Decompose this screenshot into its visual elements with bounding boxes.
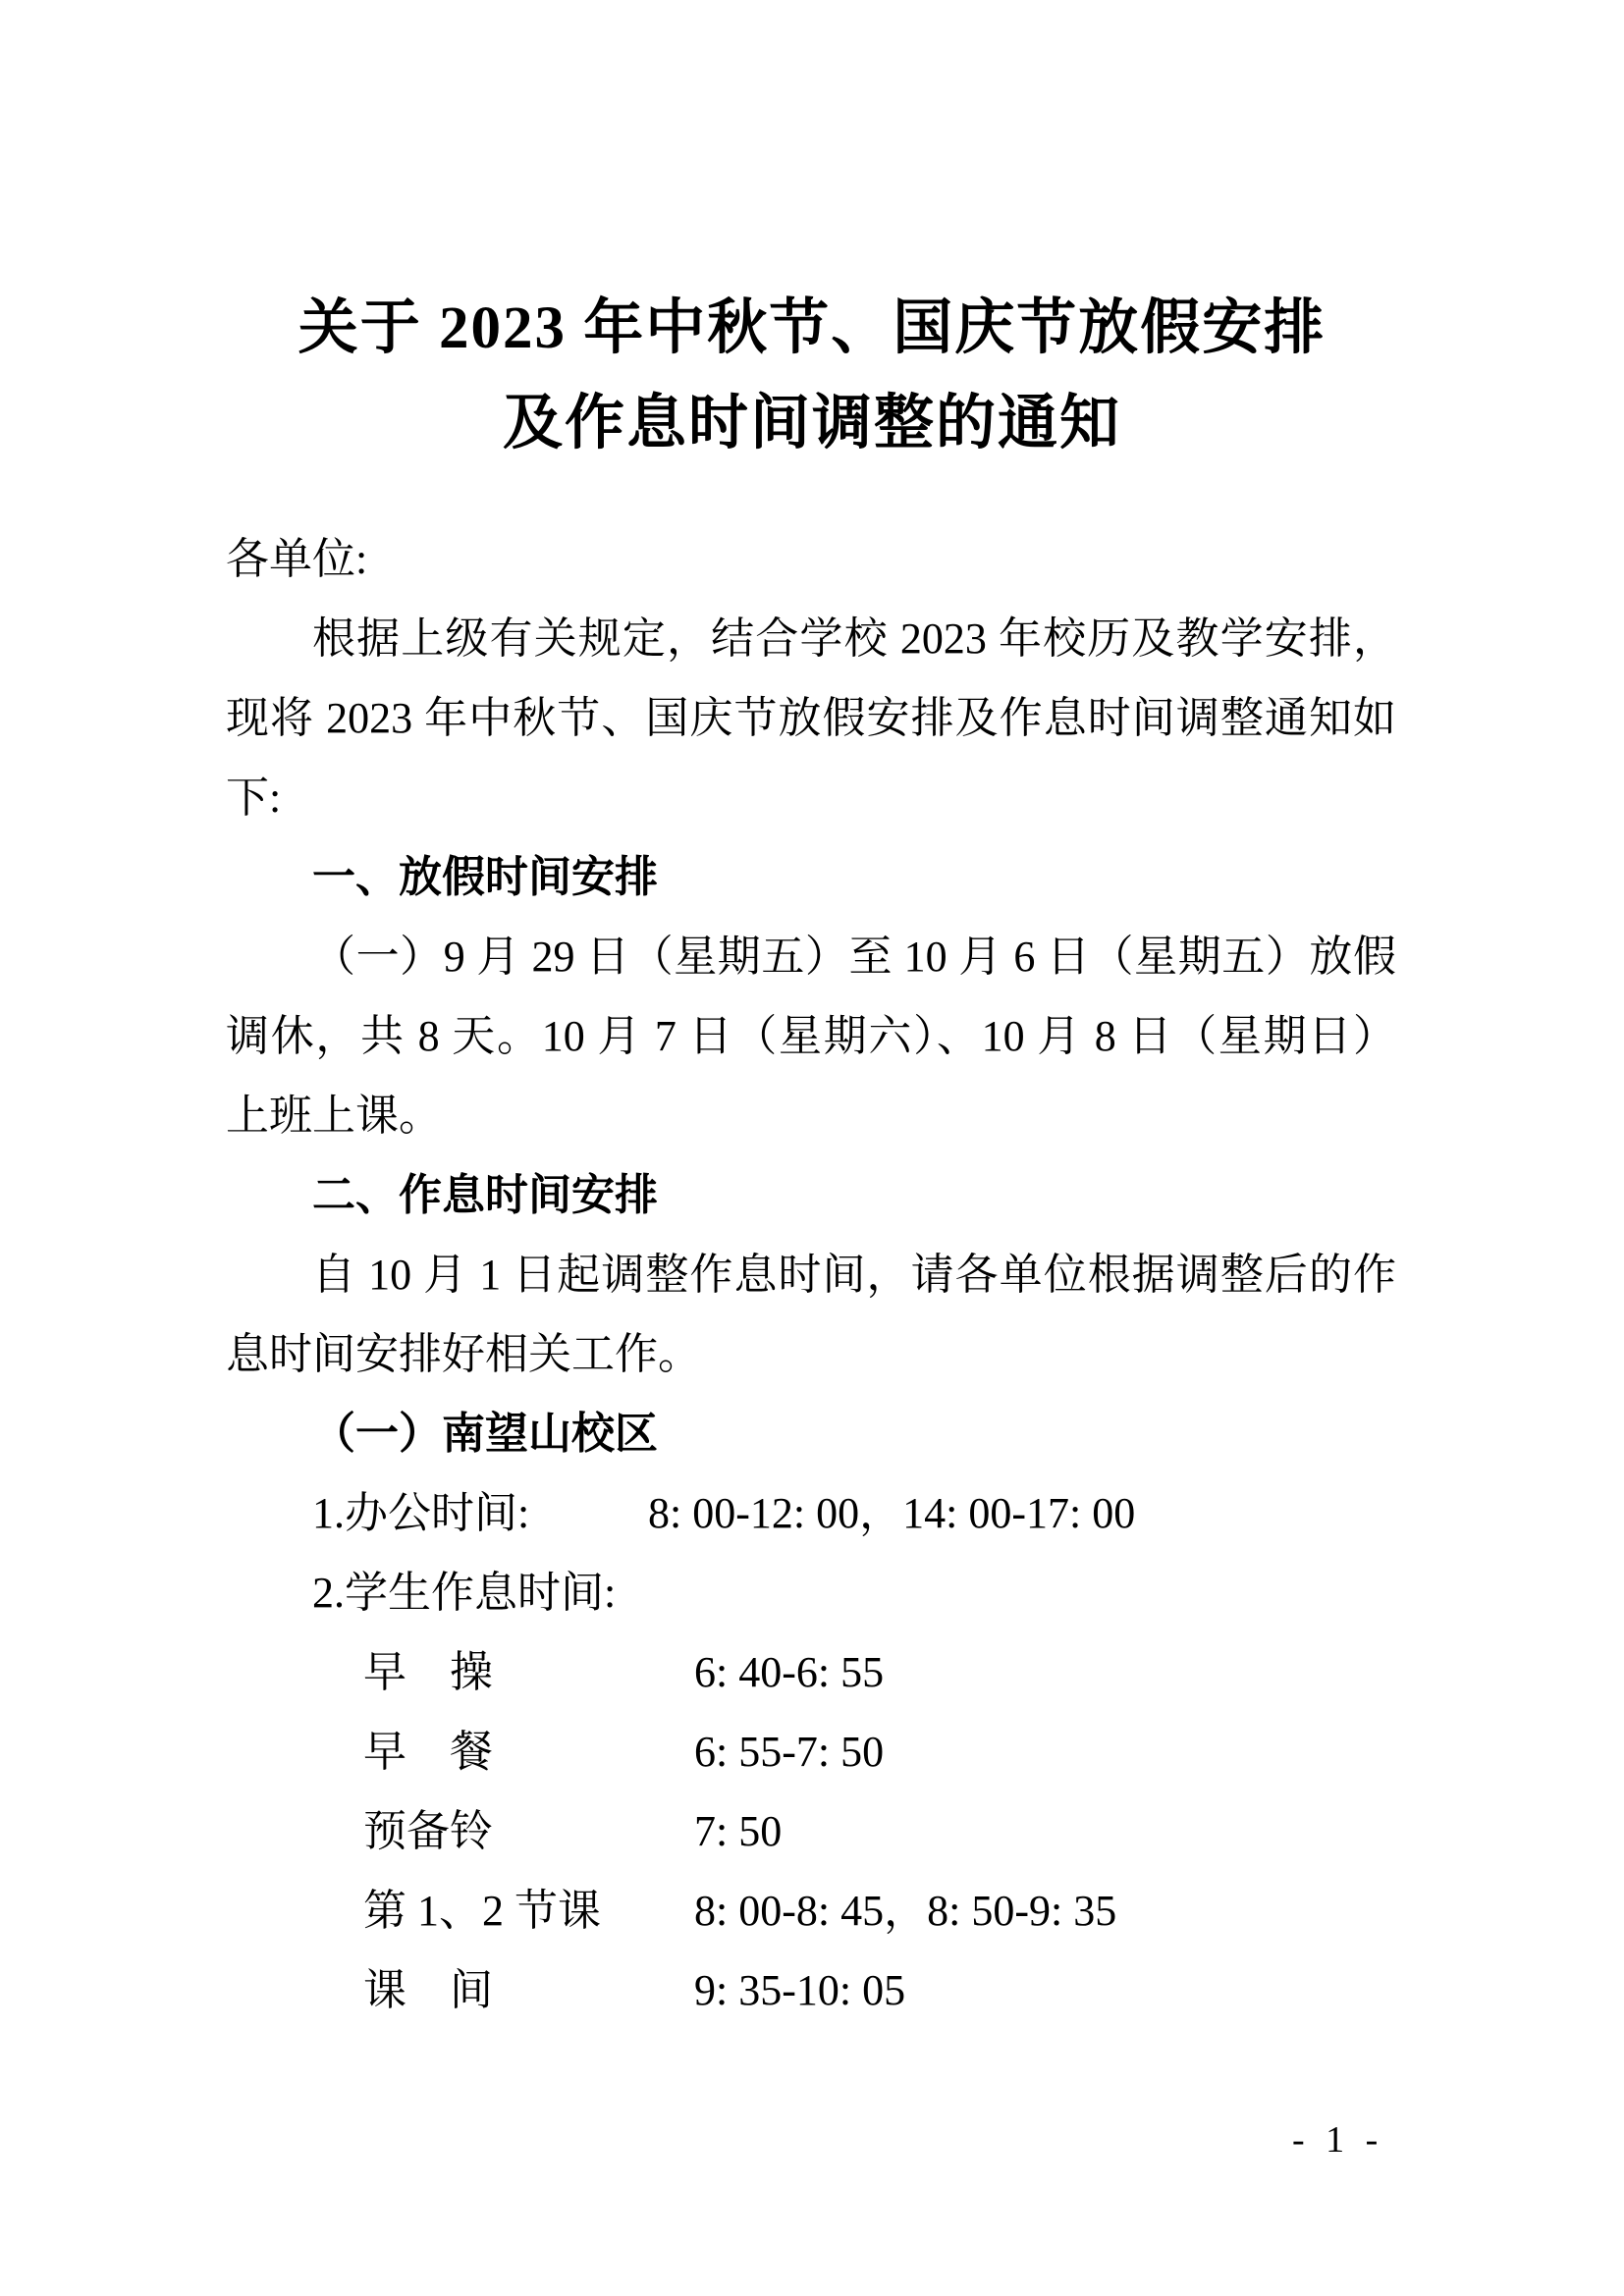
- schedule-row-preparation-bell: 预备铃 7: 50: [226, 1791, 1396, 1871]
- schedule-time: 9: 35-10: 05: [694, 1950, 905, 2030]
- document-title-line-1: 关于 2023 年中秋节、国庆节放假安排: [0, 281, 1624, 376]
- section2-line-2: 息时间安排好相关工作。: [226, 1314, 1396, 1394]
- schedule-time: 6: 55-7: 50: [694, 1712, 884, 1791]
- schedule-time: 6: 40-6: 55: [694, 1632, 884, 1712]
- intro-line-1: 根据上级有关规定，结合学校 2023 年校历及教学安排，: [226, 599, 1396, 678]
- section1-line-3: 上班上课。: [226, 1076, 1396, 1155]
- schedule-row-class-1-2: 第 1、2 节课 8: 00-8: 45，8: 50-9: 35: [226, 1871, 1396, 1950]
- schedule-time: 8: 00-8: 45，8: 50-9: 35: [694, 1871, 1116, 1950]
- section1-heading: 一、放假时间安排: [226, 837, 1396, 917]
- intro-line-2: 现将 2023 年中秋节、国庆节放假安排及作息时间调整通知如: [226, 678, 1396, 758]
- section2-line-1: 自 10 月 1 日起调整作息时间，请各单位根据调整后的作: [226, 1235, 1396, 1314]
- schedule-label: 早 操: [363, 1632, 493, 1712]
- schedule-label: 预备铃: [363, 1791, 493, 1871]
- schedule-label: 第 1、2 节课: [363, 1871, 601, 1950]
- section1-line-1: （一）9 月 29 日（星期五）至 10 月 6 日（星期五）放假: [226, 917, 1396, 996]
- document-body: 各单位: 根据上级有关规定，结合学校 2023 年校历及教学安排， 现将 202…: [226, 519, 1396, 2030]
- subsection-heading-nanwangshan: （一）南望山校区: [226, 1394, 1396, 1473]
- page-number: - 1 -: [1292, 2116, 1383, 2163]
- section2-heading: 二、作息时间安排: [226, 1155, 1396, 1235]
- office-hours-value: 8: 00-12: 00，14: 00-17: 00: [648, 1473, 1135, 1553]
- section1-line-2: 调休，共 8 天。10 月 7 日（星期六）、10 月 8 日（星期日）: [226, 996, 1396, 1076]
- document-title: 关于 2023 年中秋节、国庆节放假安排 及作息时间调整的通知: [0, 281, 1624, 471]
- document-page: 关于 2023 年中秋节、国庆节放假安排 及作息时间调整的通知 各单位: 根据上…: [0, 0, 1624, 2296]
- schedule-row-breakfast: 早 餐 6: 55-7: 50: [226, 1712, 1396, 1791]
- schedule-row-break: 课 间 9: 35-10: 05: [226, 1950, 1396, 2030]
- schedule-label: 课 间: [363, 1950, 493, 2030]
- office-hours-label: 1.办公时间:: [312, 1473, 529, 1553]
- schedule-label: 早 餐: [363, 1712, 493, 1791]
- office-hours-row: 1.办公时间: 8: 00-12: 00，14: 00-17: 00: [226, 1473, 1396, 1553]
- schedule-row-morning-exercise: 早 操 6: 40-6: 55: [226, 1632, 1396, 1712]
- student-schedule-label: 2.学生作息时间:: [226, 1553, 1396, 1632]
- document-title-line-2: 及作息时间调整的通知: [0, 376, 1624, 471]
- salutation: 各单位:: [226, 519, 1396, 599]
- schedule-time: 7: 50: [694, 1791, 782, 1871]
- intro-line-3: 下:: [226, 758, 1396, 837]
